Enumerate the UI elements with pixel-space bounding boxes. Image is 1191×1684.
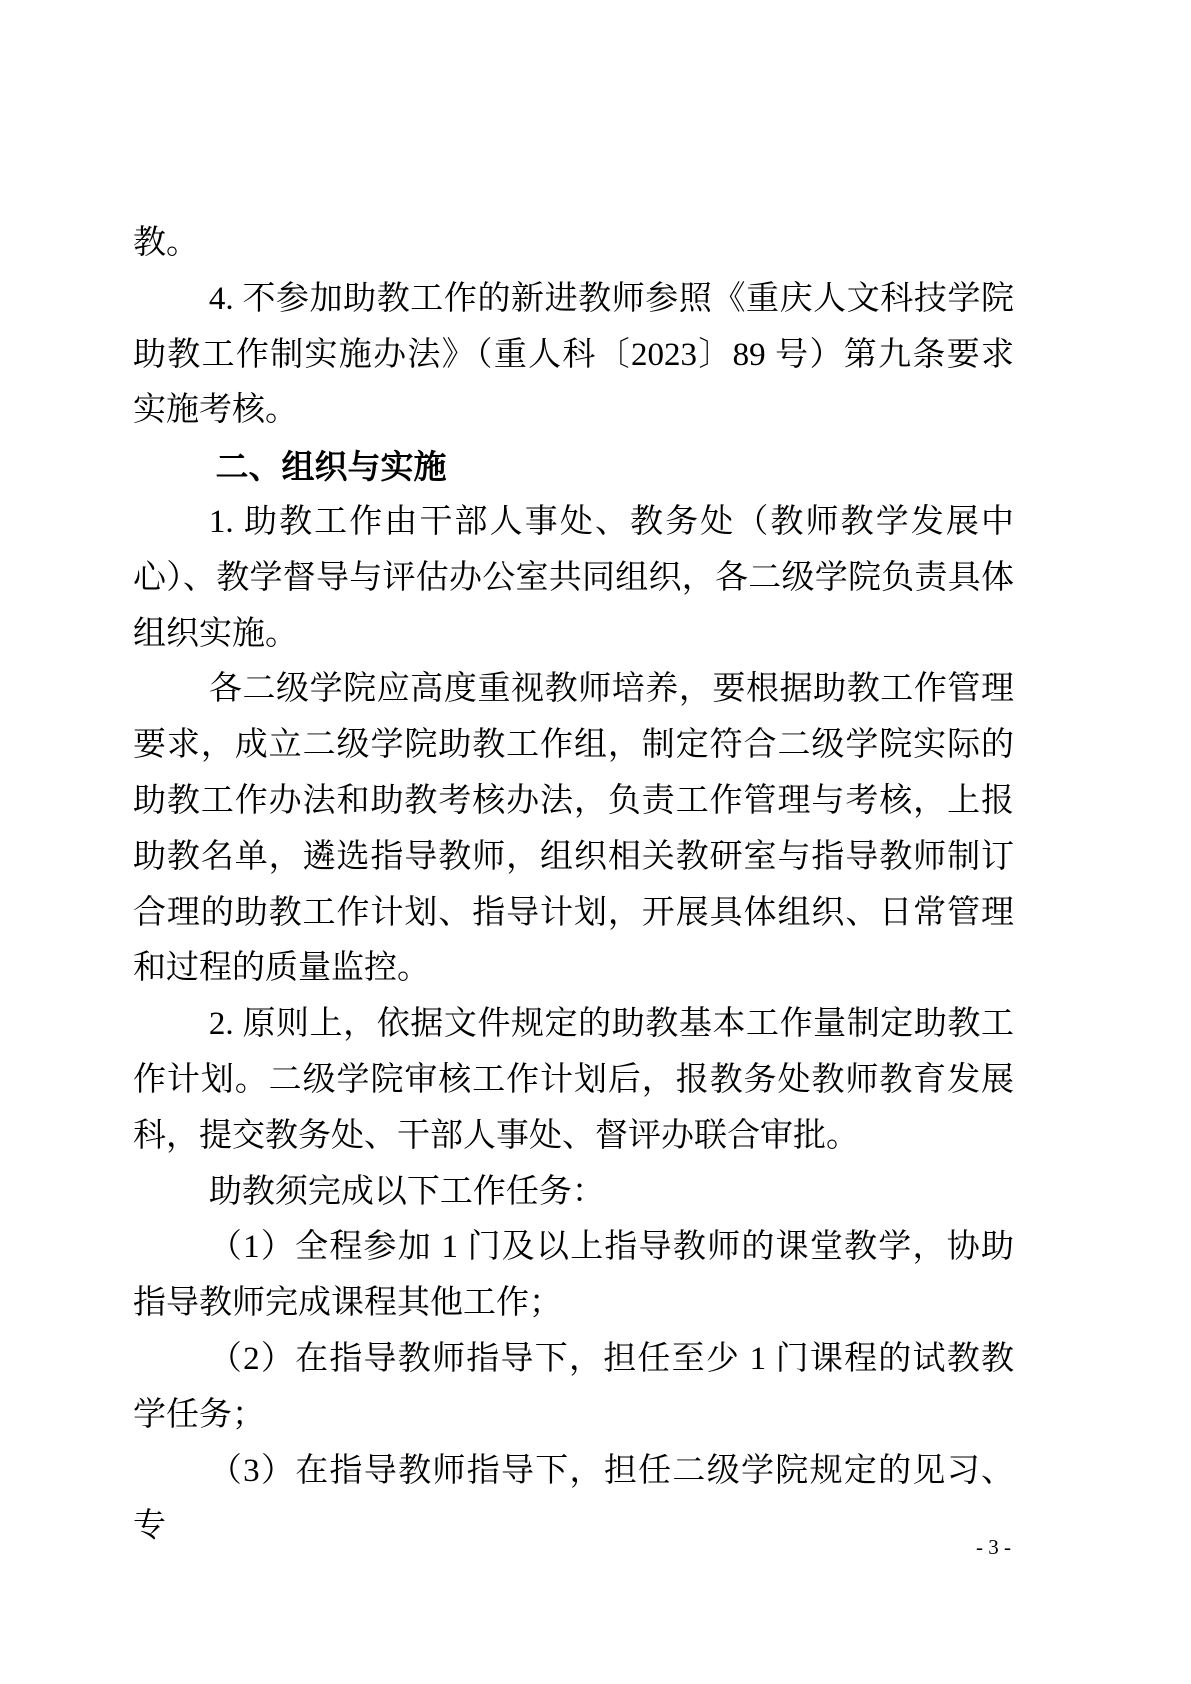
list-item-1: （1）全程参加 1 门及以上指导教师的课堂教学，协助指导教师完成课程其他工作； bbox=[133, 1220, 1014, 1332]
document-body: 教。 4. 不参加助教工作的新进教师参照《重庆人文科技学院助教工作制实施办法》（… bbox=[133, 216, 1014, 1555]
paragraph-colleges: 各二级学院应高度重视教师培养，要根据助教工作管理要求，成立二级学院助教工作组，制… bbox=[133, 662, 1014, 997]
page-footer: - 3 - bbox=[976, 1537, 1011, 1558]
paragraph-item-4: 4. 不参加助教工作的新进教师参照《重庆人文科技学院助教工作制实施办法》（重人科… bbox=[133, 272, 1014, 439]
document-page: 教。 4. 不参加助教工作的新进教师参照《重庆人文科技学院助教工作制实施办法》（… bbox=[0, 0, 1191, 1684]
page-number: - 3 - bbox=[976, 1535, 1011, 1559]
paragraph-continuation: 教。 bbox=[133, 216, 1014, 272]
paragraph-tasks-intro: 助教须完成以下工作任务： bbox=[133, 1165, 1014, 1221]
list-item-3: （3）在指导教师指导下，担任二级学院规定的见习、专 bbox=[133, 1444, 1014, 1556]
section-heading: 二、组织与实施 bbox=[133, 439, 1014, 495]
paragraph-item-1: 1. 助教工作由干部人事处、教务处（教师教学发展中心）、教学督导与评估办公室共同… bbox=[133, 495, 1014, 662]
list-item-2: （2）在指导教师指导下，担任至少 1 门课程的试教教学任务； bbox=[133, 1332, 1014, 1444]
paragraph-item-2: 2. 原则上，依据文件规定的助教基本工作量制定助教工作计划。二级学院审核工作计划… bbox=[133, 997, 1014, 1164]
